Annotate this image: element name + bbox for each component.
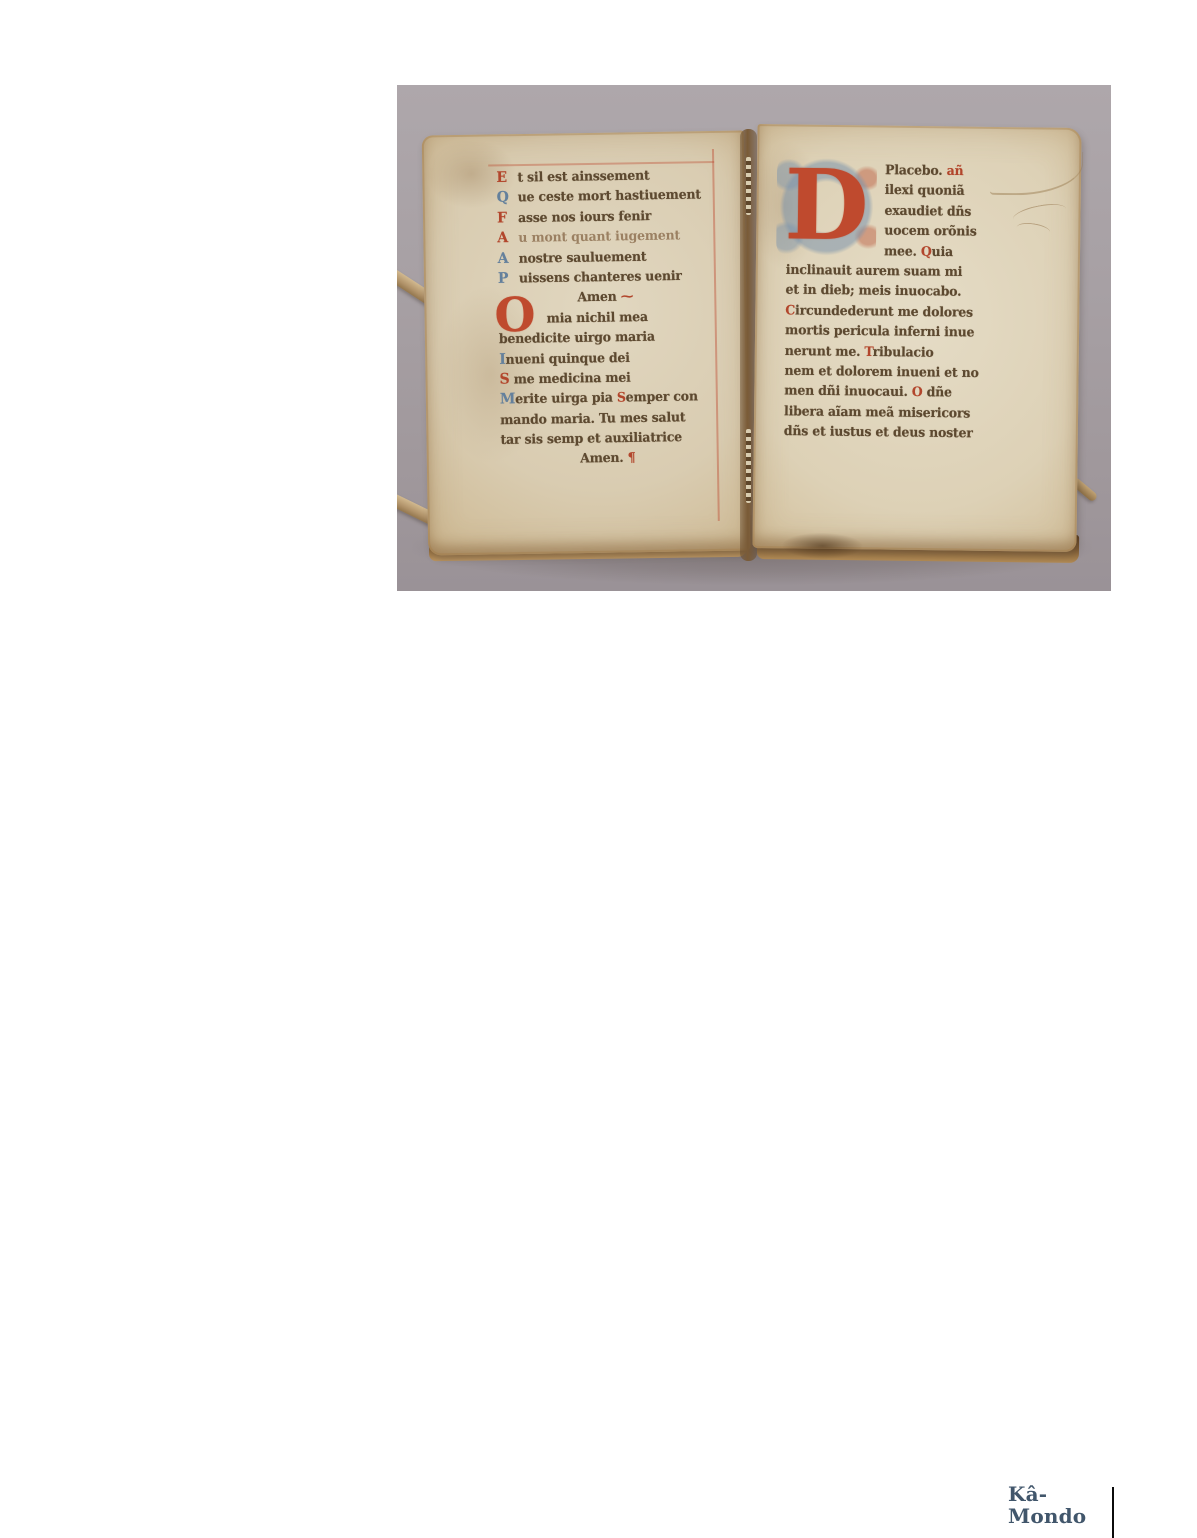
manuscript-text-segment: et in dieb; meis inuocabo. (785, 281, 961, 299)
right-folio-text: Placebo. añilexi quoniãexaudiet dñsuocem… (784, 158, 1059, 444)
manuscript-text-segment: F (497, 208, 518, 229)
manuscript-text-segment: mia nichil mea (546, 308, 648, 325)
decorated-initial-O: O (494, 292, 541, 341)
manuscript-text-segment: Placebo. (885, 162, 947, 178)
manuscript-text-segment: tar sis semp et auxiliatrice (500, 429, 682, 447)
manuscript-text-segment: O (912, 384, 923, 400)
manuscript-text-segment: ¶ (628, 450, 636, 466)
manuscript-text-segment: T (864, 343, 872, 359)
manuscript-text-segment: S (499, 371, 509, 388)
manuscript-text-segment: u mont quant iugement (518, 227, 680, 245)
manuscript-text-segment: ⁓ (621, 288, 634, 304)
manuscript-text-segment: M (500, 391, 516, 408)
sewing-thread (746, 157, 751, 215)
manuscript-text-segment: men dñi inuocaui. (784, 382, 912, 399)
manuscript-text-segment: dñs et iustus et deus noster (784, 423, 973, 441)
manuscript-line: mee. Quia (884, 240, 1058, 262)
manuscript-text-segment: asse nos iours fenir (518, 207, 651, 225)
manuscript-line: Au mont quant iugement (497, 225, 711, 249)
manuscript-text-segment: S (617, 389, 626, 405)
manuscript-text-segment: A (498, 249, 519, 270)
manuscript-text-segment: uissens chanteres uenir (519, 267, 682, 285)
right-folio: D Placebo. añilexi quoniãexaudiet dñsuoc… (752, 124, 1081, 552)
manuscript-photo: Et sil est ainssementQue ceste mort hast… (397, 85, 1111, 591)
manuscript-text-segment: ue ceste mort hastiuement (518, 186, 701, 204)
manuscript-text-segment: mee. (884, 242, 921, 258)
manuscript-text-segment: libera aĩam meã misericors (784, 402, 970, 420)
manuscript-text-segment: t sil est ainssement (517, 167, 649, 185)
manuscript-line: mando maria. Tu mes salut (500, 406, 714, 430)
manuscript-text-segment: dñe (922, 384, 952, 400)
manuscript-line: mia nichil mea (546, 305, 712, 328)
manuscript-text-segment: mortis pericula inferni inue (785, 322, 974, 340)
manuscript-text-segment: uia (932, 243, 954, 259)
manuscript-text-segment: A (497, 229, 518, 250)
manuscript-text-segment: erite uirga pia (515, 389, 617, 406)
manuscript-line: mortis pericula inferni inue (785, 320, 1057, 343)
manuscript-text-segment: mando maria. Tu mes salut (500, 409, 685, 428)
manuscript-text-segment: añ (947, 162, 964, 178)
manuscript-text-segment: ircundederunt me dolores (795, 302, 973, 320)
manuscript-line: Que ceste mort hastiuement (497, 184, 711, 208)
manuscript-line: Placebo. añ (885, 160, 1059, 182)
manuscript-line: dñs et iustus et deus noster (784, 421, 1056, 444)
manuscript-text-segment: P (498, 269, 519, 290)
sewing-thread (746, 429, 751, 503)
manuscript-text-segment: ribulacio (873, 343, 934, 359)
manuscript-text-segment: uocem orõnis (884, 222, 976, 239)
left-folio: Et sil est ainssementQue ceste mort hast… (422, 130, 751, 555)
manuscript-text-segment: Amen (577, 289, 621, 305)
manuscript-line: men dñi inuocaui. O dñe (784, 380, 1056, 403)
manuscript-text-segment: inclinauit aurem suam mi (786, 261, 963, 279)
manuscript-line: ilexi quoniã (885, 180, 1059, 202)
manuscript-line: uocem orõnis (884, 220, 1058, 242)
manuscript-text-segment: Q (497, 188, 518, 209)
manuscript-text-segment: emper con (626, 388, 698, 405)
manuscript-text-segment: exaudiet dñs (884, 202, 971, 219)
manuscript-text-segment: nerunt me. (785, 342, 865, 359)
auction-house-brand: Kâ-Mondo (1008, 1483, 1116, 1527)
manuscript-text-segment: nostre sauluement (519, 248, 647, 266)
manuscript-text-segment: ilexi quoniã (885, 182, 965, 199)
footer-vertical-rule (1112, 1487, 1114, 1538)
manuscript-text-segment: nueni quinque dei (505, 349, 629, 367)
manuscript-text-segment: nem et dolorem inueni et no (785, 362, 979, 380)
manuscript-line: Amen. ¶ (501, 446, 715, 470)
manuscript-text-segment: Amen. (580, 450, 628, 466)
manuscript-text-segment: Q (921, 243, 932, 259)
manuscript-line: exaudiet dñs (884, 200, 1058, 222)
manuscript-text-segment: me medicina mei (509, 369, 630, 387)
manuscript-line: Puissens chanteres uenir (498, 265, 712, 289)
manuscript-text-segment: C (785, 302, 795, 318)
manuscript-text-segment: E (496, 168, 517, 189)
